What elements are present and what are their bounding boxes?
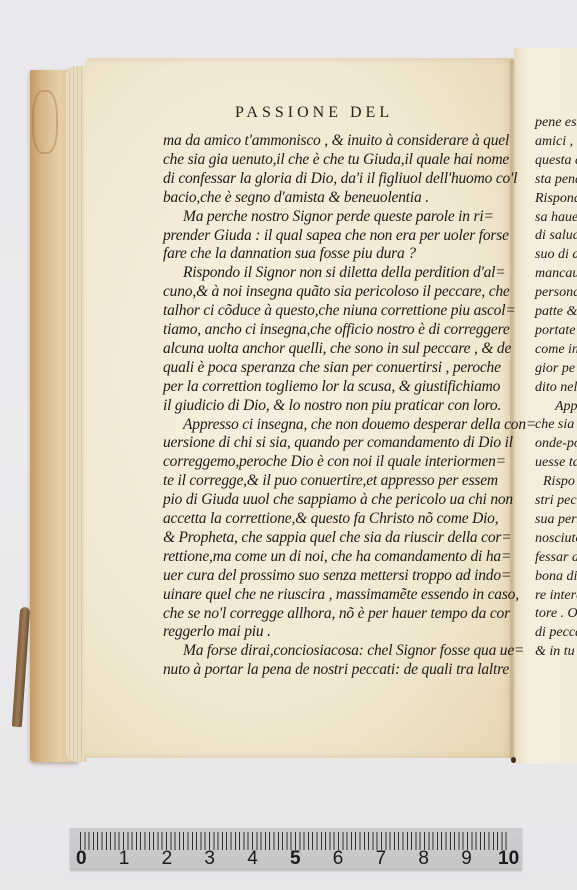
- text-line-fragment: questa cos: [535, 153, 577, 169]
- text-line-fragment: nosciuto: [535, 531, 577, 547]
- text-line: correggemo,peroche Dio è con noi il qual…: [163, 453, 506, 471]
- text-line: fare che la dannation sua fosse piu dura…: [163, 245, 416, 263]
- text-line: di confessar la gloria di Dio, da'i il f…: [163, 170, 517, 188]
- ruler-label: 7: [376, 848, 387, 870]
- text-line: cuno,& à noi insegna quãto sia pericolos…: [163, 283, 510, 301]
- text-line: te il corregge,& il puo conuertire,et ap…: [163, 472, 498, 490]
- text-line: che se no'l corregge allhora, nõ è per h…: [163, 605, 510, 623]
- text-line-fragment: sua perso: [535, 512, 577, 528]
- text-line-fragment: di saluar: [535, 228, 577, 244]
- text-line: prender Giuda : il qual sapea che non er…: [163, 227, 509, 245]
- ruler-label: 10: [498, 848, 519, 870]
- text-line-fragment: sta pena c: [535, 172, 577, 188]
- leather-tie: [12, 607, 30, 727]
- text-line-fragment: Rispo: [543, 474, 575, 490]
- text-line-fragment: stri pecc: [535, 493, 577, 509]
- text-line-fragment: & in tu: [535, 644, 575, 660]
- text-line-fragment: di pecca: [535, 625, 577, 641]
- text-line: nuto à portar la pena de nostri peccati:…: [163, 661, 509, 679]
- ruler-label: 0: [76, 848, 87, 870]
- text-line-fragment: bona di l: [535, 569, 577, 585]
- text-line: & Propheta, che sappia quel che sia da r…: [163, 529, 511, 547]
- ruler-label: 1: [119, 848, 130, 870]
- text-line-fragment: come in: [535, 342, 577, 358]
- ruler-label: 9: [461, 848, 472, 870]
- text-line-fragment: portate: [535, 323, 575, 339]
- text-line-fragment: suo di am: [535, 247, 577, 263]
- text-line: talhor ci cõduce à questo,che niuna corr…: [163, 302, 516, 320]
- text-line-fragment: che sia l: [535, 417, 577, 433]
- text-line-fragment: re intera: [535, 588, 577, 604]
- measurement-ruler: 012345678910: [70, 828, 522, 870]
- text-line-fragment: Rispondo: [535, 191, 577, 207]
- text-line: uer cura del prossimo suo senza mettersi…: [163, 567, 511, 585]
- text-line: accetta la correttione,& questo fa Chris…: [163, 510, 498, 528]
- running-header: PASSIONE DEL: [235, 104, 393, 122]
- text-line-fragment: tore . O: [535, 606, 577, 622]
- text-line-fragment: patte &: [535, 304, 577, 320]
- water-stain: [32, 90, 58, 154]
- text-line: pio di Giuda uuol che sappiamo à che per…: [163, 491, 513, 509]
- text-line: Ma forse dirai,conciosiacosa: chel Signo…: [183, 642, 524, 660]
- ruler-label: 4: [247, 848, 258, 870]
- text-line: Appresso ci insegna, che non douemo desp…: [183, 416, 536, 434]
- text-line: per la correttion togliemo lor la scusa,…: [163, 378, 500, 396]
- text-line: quali è poca speranza che sian per conue…: [163, 359, 501, 377]
- text-line: uinare quel che ne riuscira , massimamẽt…: [163, 586, 519, 604]
- text-line-fragment: uesse tac: [535, 455, 577, 471]
- text-line-fragment: sa haueua: [535, 210, 577, 226]
- page-edges: [66, 66, 86, 762]
- ruler-label: 8: [418, 848, 429, 870]
- text-line: reggerlo mai piu .: [163, 623, 271, 641]
- debris-speck: [511, 757, 516, 763]
- text-line: ma da amico t'ammonisco , & inuito à con…: [163, 132, 509, 150]
- text-line: uersione di chi si sia, quando per coman…: [163, 434, 513, 452]
- text-line: che sia gia uenuto,il che è che tu Giuda…: [163, 151, 509, 169]
- text-line-fragment: gior pe: [535, 361, 575, 377]
- text-line: bacio,che è segno d'amista & beneuolenti…: [163, 189, 429, 207]
- text-line: Rispondo il Signor non si diletta della …: [183, 264, 506, 282]
- ruler-label: 6: [333, 848, 344, 870]
- text-line-fragment: dito nel: [535, 380, 577, 396]
- text-line-fragment: fessar d'e: [535, 550, 577, 566]
- ruler-label: 5: [290, 848, 301, 870]
- text-line-fragment: onde-por: [535, 436, 577, 452]
- ruler-label: 2: [162, 848, 173, 870]
- text-line: tiamo, ancho ci insegna,che officio nost…: [163, 321, 510, 339]
- text-line-fragment: App: [555, 399, 577, 415]
- text-line: rettione,ma come un di noi, che ha coman…: [163, 548, 511, 566]
- text-line-fragment: persona: [535, 285, 577, 301]
- text-line-fragment: mancaua: [535, 266, 577, 282]
- ruler-label: 3: [204, 848, 215, 870]
- text-line: Ma perche nostro Signor perde queste par…: [183, 208, 494, 226]
- text-line: alcuna uolta anchor quelli, che sono in …: [163, 340, 511, 358]
- text-line-fragment: amici , no: [535, 134, 577, 150]
- text-line-fragment: pene esse: [535, 115, 577, 131]
- text-line: il giudicio di Dio, & lo nostro non piu …: [163, 397, 501, 415]
